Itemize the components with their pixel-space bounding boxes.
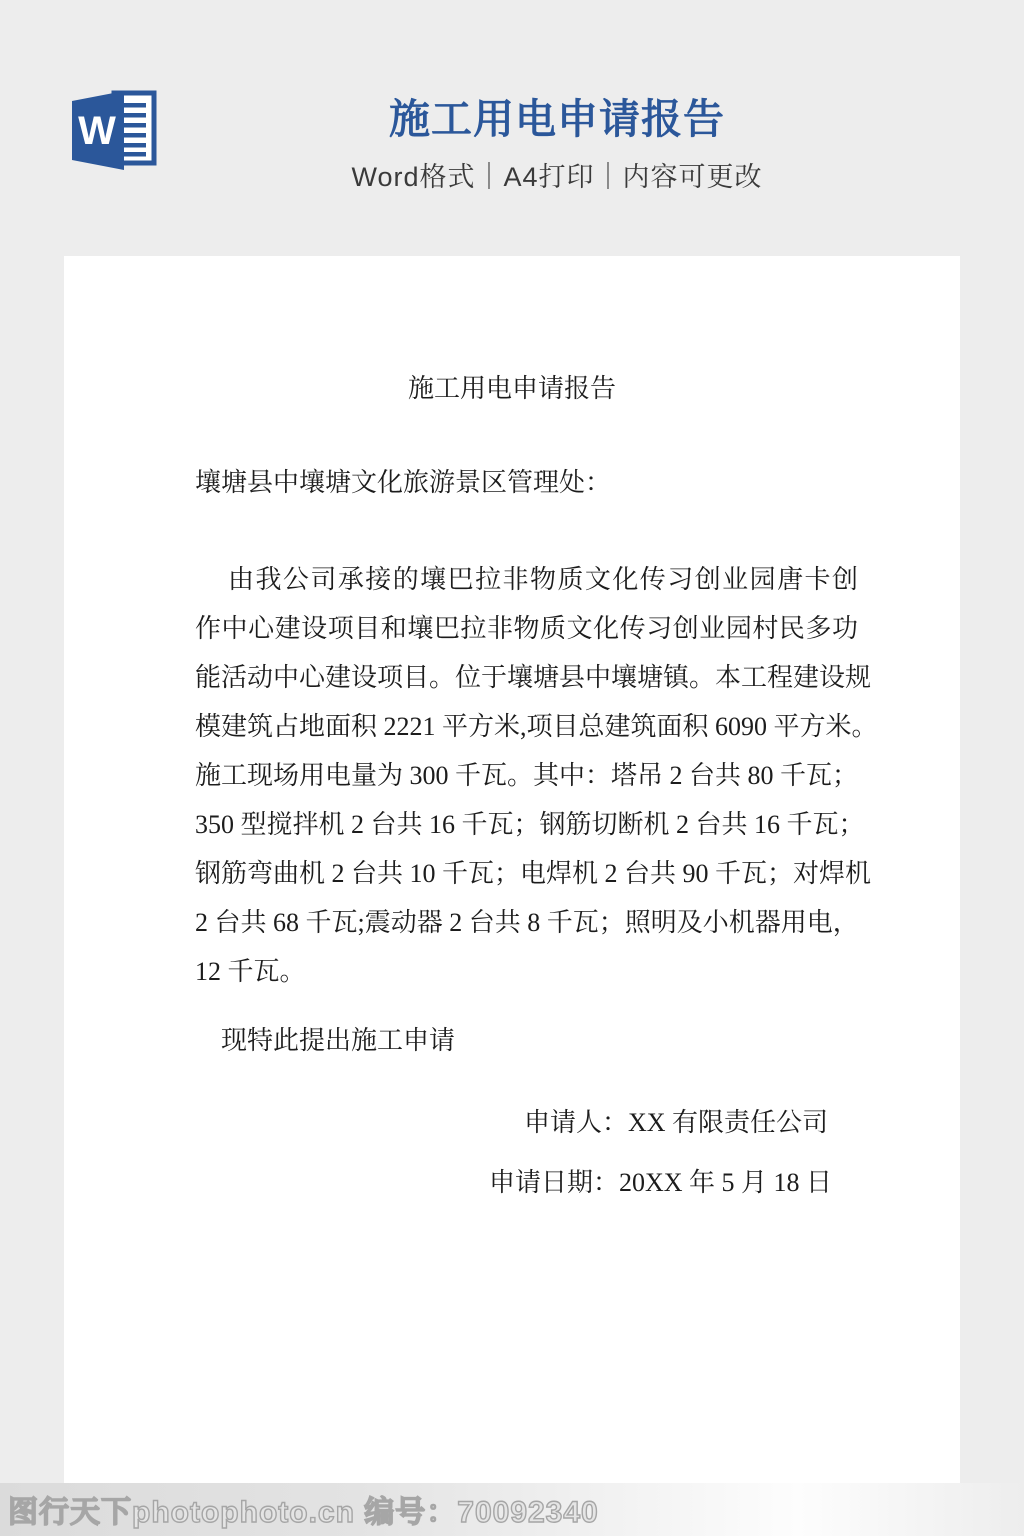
body-line: 能活动中心建设项目。位于壤塘县中壤塘镇。本工程建设规 [195, 653, 858, 702]
template-subtitle: Word格式｜A4打印｜内容可更改 [90, 155, 1024, 194]
watermark-text: 图行天下photophoto.cn 编号：70092340 [8, 1487, 599, 1531]
body-line: 由我公司承接的壤巴拉非物质文化传习创业园唐卡创 [195, 555, 858, 604]
body-line: 作中心建设项目和壤巴拉非物质文化传习创业园村民多功 [195, 604, 858, 653]
salutation-line: 壤塘县中壤塘文化旅游景区管理处： [195, 462, 611, 499]
template-title: 施工用电申请报告 [90, 96, 1024, 143]
body-line: 12 千瓦。 [195, 947, 858, 996]
watermark-bar: 图行天下photophoto.cn 编号：70092340 [0, 1483, 1024, 1536]
body-line: 2 台共 68 千瓦;震动器 2 台共 8 千瓦；照明及小机器用电， [195, 898, 858, 947]
template-header: W 施工用电申请报告 Word格式｜A4打印｜内容可更改 [0, 0, 1024, 256]
document-page: 施工用电申请报告 壤塘县中壤塘文化旅游景区管理处： 由我公司承接的壤巴拉非物质文… [64, 256, 960, 1522]
body-line: 模建筑占地面积 2221 平方米,项目总建筑面积 6090 平方米。 [195, 702, 858, 751]
document-body: 由我公司承接的壤巴拉非物质文化传习创业园唐卡创 作中心建设项目和壤巴拉非物质文化… [195, 555, 858, 996]
signature-date: 申请日期：20XX 年 5 月 18 日 [489, 1162, 832, 1199]
body-line: 钢筋弯曲机 2 台共 10 千瓦；电焊机 2 台共 90 千瓦；对焊机 [195, 849, 858, 898]
signature-applicant: 申请人：XX 有限责任公司 [524, 1102, 828, 1139]
body-line: 施工现场用电量为 300 千瓦。其中：塔吊 2 台共 80 千瓦； [195, 751, 858, 800]
header-text-block: 施工用电申请报告 Word格式｜A4打印｜内容可更改 [0, 96, 1024, 194]
closing-line: 现特此提出施工申请 [221, 1020, 455, 1057]
body-line: 350 型搅拌机 2 台共 16 千瓦；钢筋切断机 2 台共 16 千瓦； [195, 800, 858, 849]
document-title: 施工用电申请报告 [64, 368, 960, 405]
